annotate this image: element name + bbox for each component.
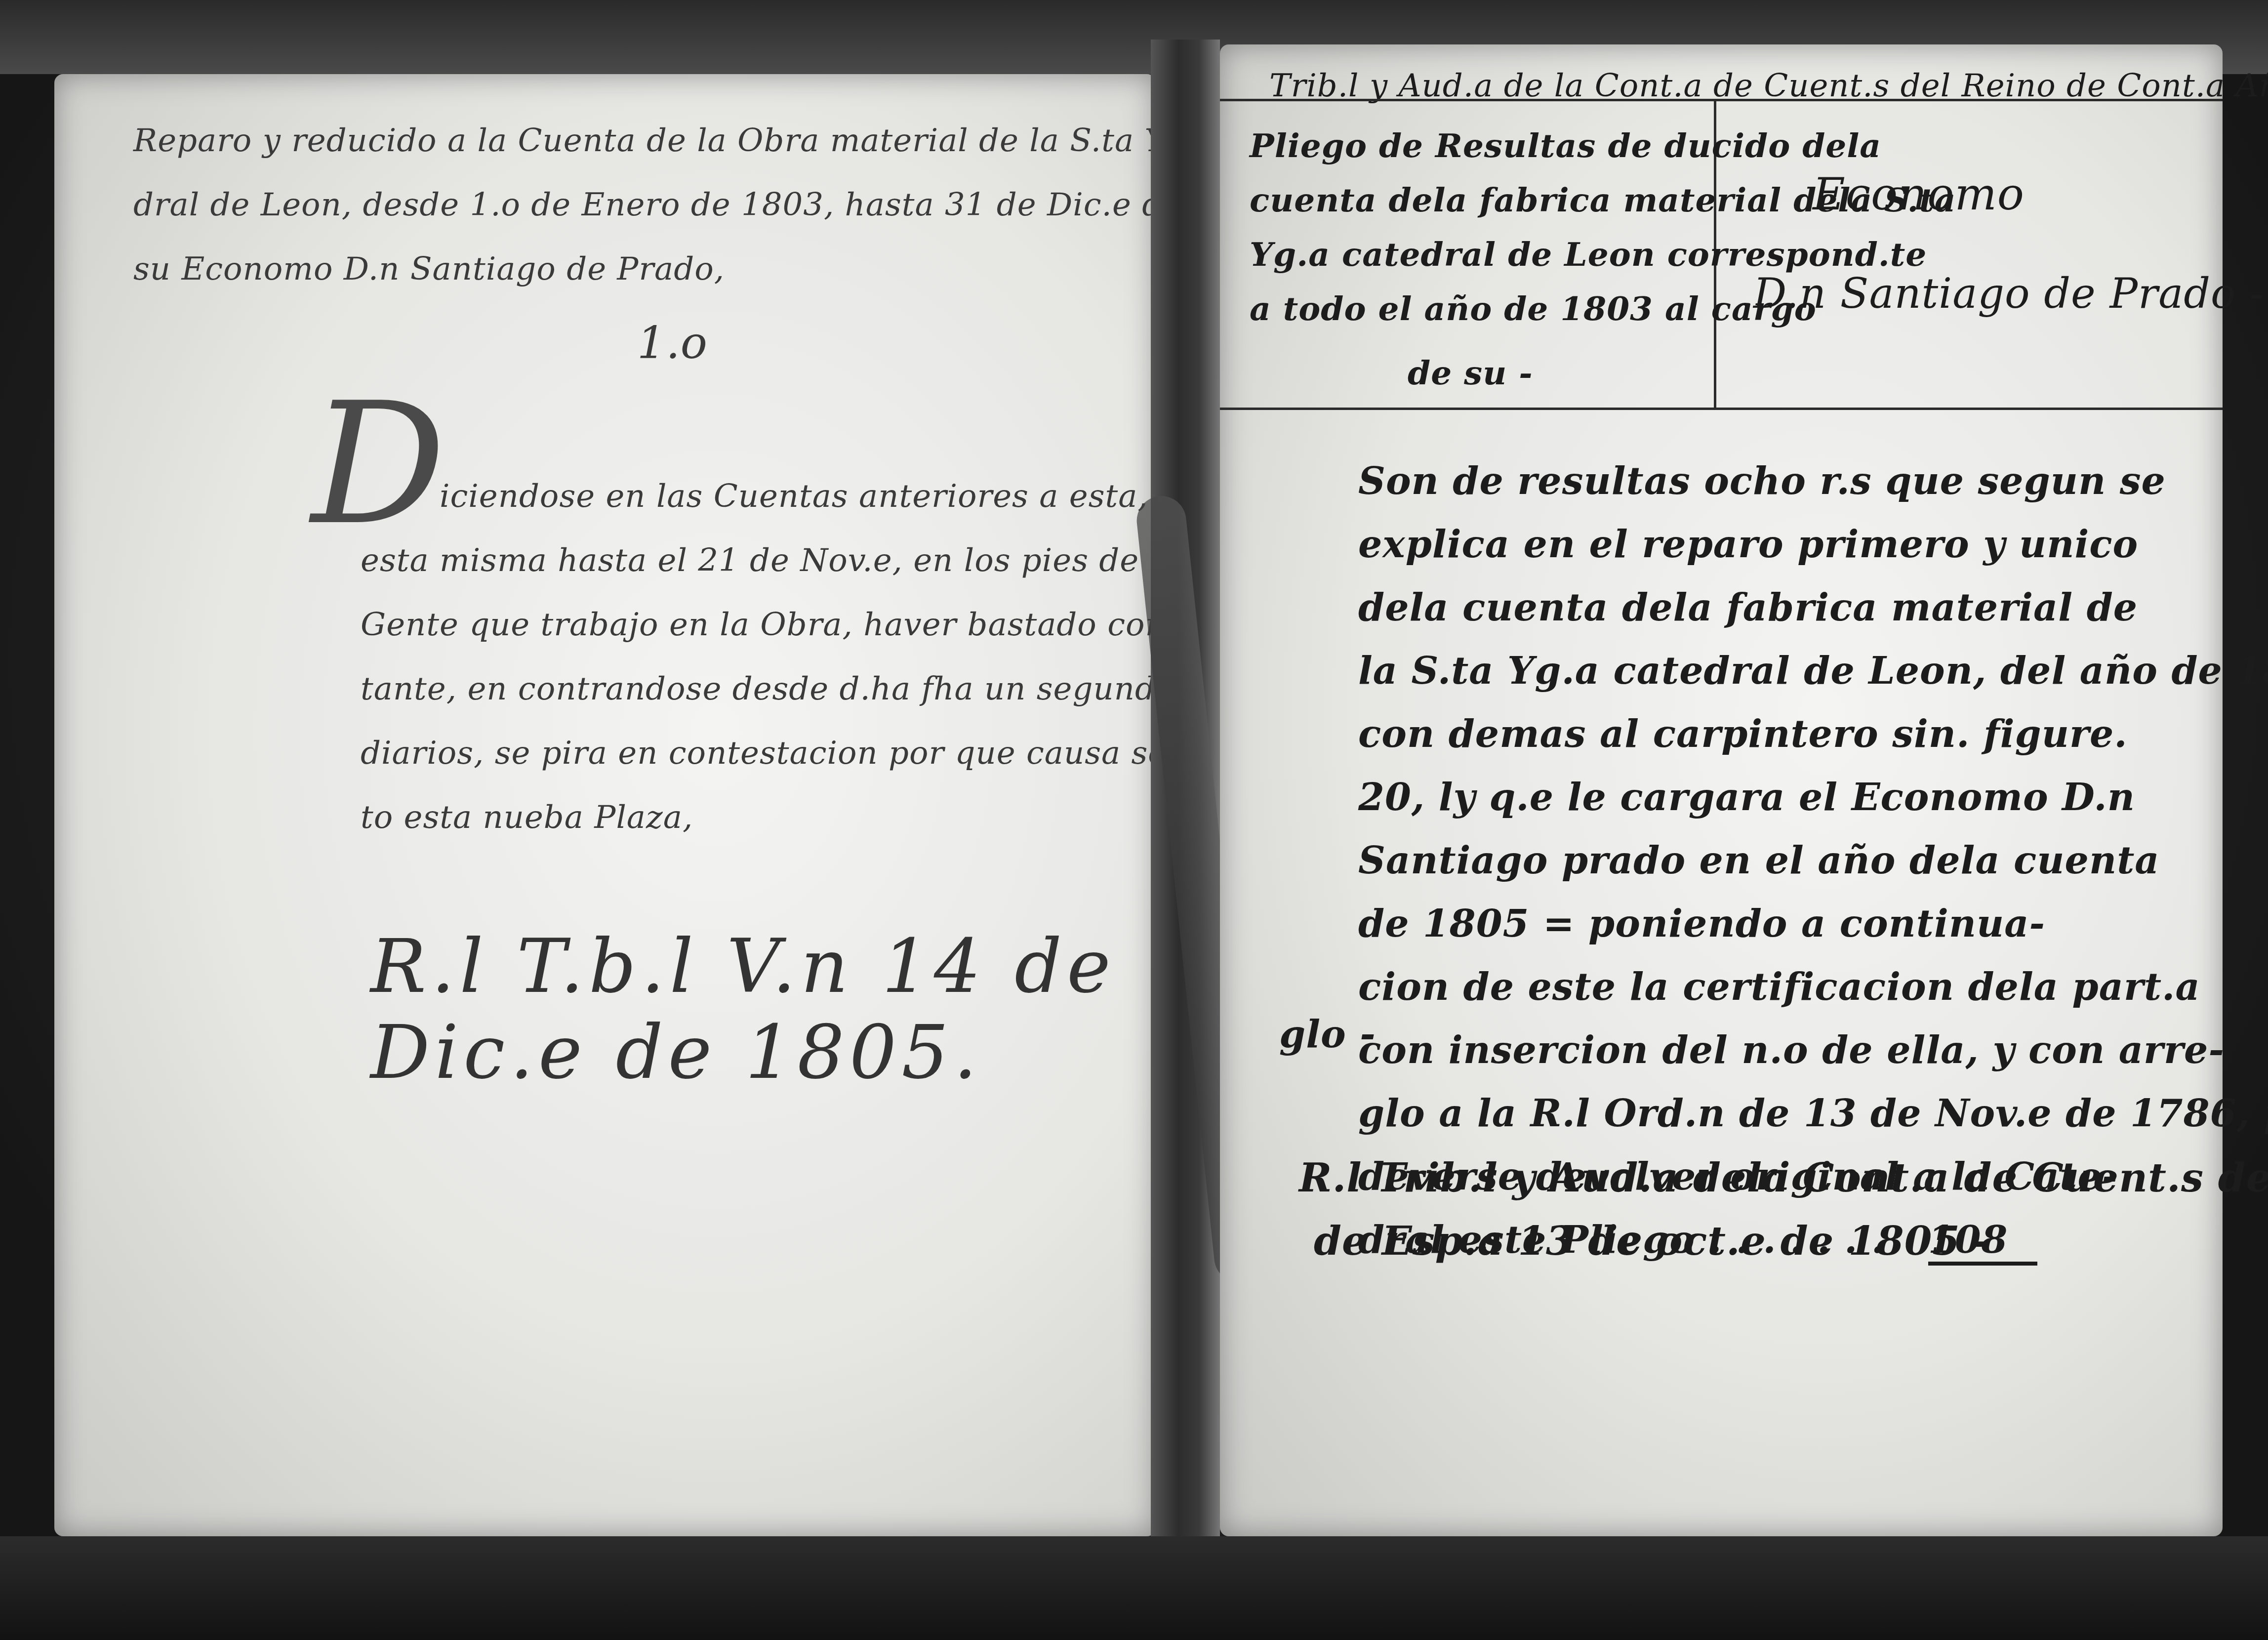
closing-line: R.l Trib.l y Aud.a dela Cont.a de Cuent.… <box>1299 1146 2268 1209</box>
right-header-line: Trib.l y Aud.a de la Cont.a de Cuent.s d… <box>1269 54 2268 118</box>
closing-line: de Esp.a 13 de oct.e de 1805 - <box>1299 1209 2268 1272</box>
right-body-line: Son de resultas ocho r.s que segun se <box>1358 450 2268 513</box>
right-body-line: la S.ta Yg.a catedral de Leon, del año d… <box>1358 639 2268 702</box>
right-body-line: de 1805 = poniendo a continua- <box>1358 892 2268 955</box>
margin-note: glo - <box>1279 1003 1376 1066</box>
header-cell-name: D.n Santiago de Prado - <box>1753 262 2265 325</box>
signature-date-line: R.l T.b.l V.n 14 de Dic.e de 1805. <box>370 924 1156 1096</box>
right-body-line: cion de este la certificacion dela part.… <box>1358 955 2268 1019</box>
right-page: Trib.l y Aud.a de la Cont.a de Cuent.s d… <box>1220 44 2223 1536</box>
left-body-line: iciendose en las Cuentas anteriores a es… <box>440 464 1228 529</box>
right-body-line: dela cuenta dela fabrica material de <box>1358 576 2268 639</box>
header-cell-left: Pliego de Resultas de ducido dela cuenta… <box>1250 119 1956 400</box>
right-body-line: Santiago prado en el año dela cuenta <box>1358 829 2268 892</box>
right-body-line: glo a la R.l Ord.n de 13 de Nov.e de 178… <box>1358 1082 2268 1145</box>
right-body-line: 20, ly q.e le cargara el Economo D.n <box>1358 766 2268 829</box>
section-number: 1.o <box>637 311 708 375</box>
header-rule-bottom <box>1220 408 2223 410</box>
closing-block: R.l Trib.l y Aud.a dela Cont.a de Cuent.… <box>1299 1146 2268 1272</box>
left-page: Reparo y reducido a la Cuenta de la Obra… <box>54 74 1156 1536</box>
right-body-line: con demas al carpintero sin. figure. <box>1358 702 2268 766</box>
right-body-line: explica en el reparo primero y unico <box>1358 513 2268 576</box>
bottom-shadow-band <box>0 1536 2268 1640</box>
header-rule-top <box>1220 99 2223 101</box>
right-body-line: con insercion del n.o de ella, y con arr… <box>1358 1019 2268 1082</box>
header-cell-title: Economo <box>1813 163 2025 226</box>
manuscript-scan: Reparo y reducido a la Cuenta de la Obra… <box>0 0 2268 1640</box>
drop-initial: D <box>311 380 446 548</box>
left-body: iciendose en las Cuentas anteriores a es… <box>440 464 1228 529</box>
header-cell-line: de su - <box>1250 346 1956 400</box>
